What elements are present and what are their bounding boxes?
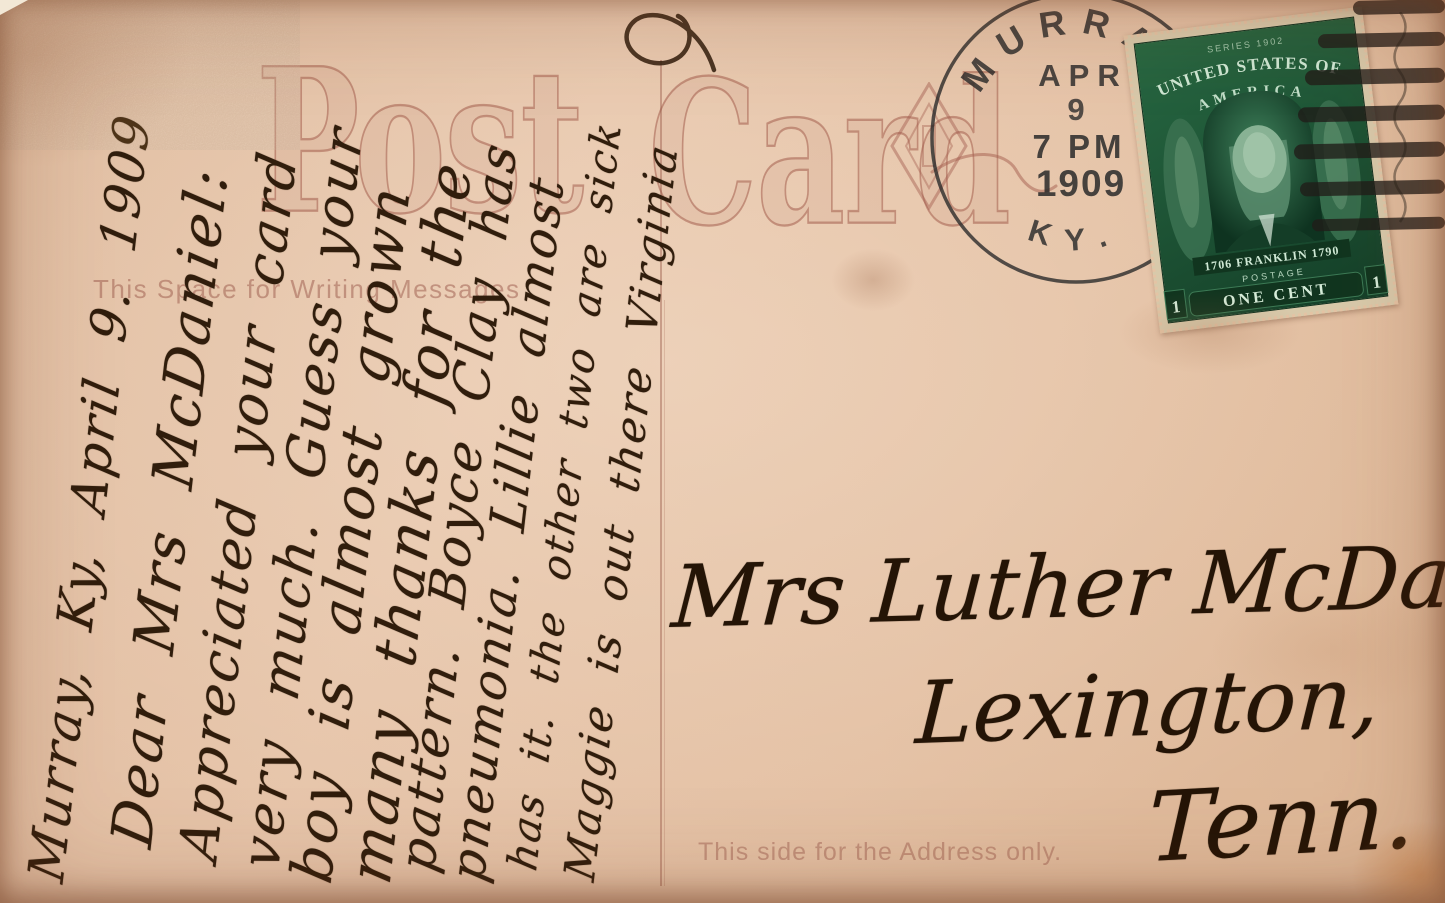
killer-bar xyxy=(1318,32,1445,49)
cancellation-squiggle xyxy=(1385,12,1415,248)
killer-bar xyxy=(1312,217,1445,232)
paper-mottling-texture xyxy=(0,0,300,150)
killer-bar xyxy=(1298,104,1445,122)
postcard-back: Post Card This Space for Writing Message… xyxy=(0,0,1445,903)
killer-bar xyxy=(1294,141,1445,159)
scan-corner-sliver xyxy=(0,0,28,15)
killer-bar xyxy=(1305,68,1445,86)
killer-bar xyxy=(1300,179,1445,196)
